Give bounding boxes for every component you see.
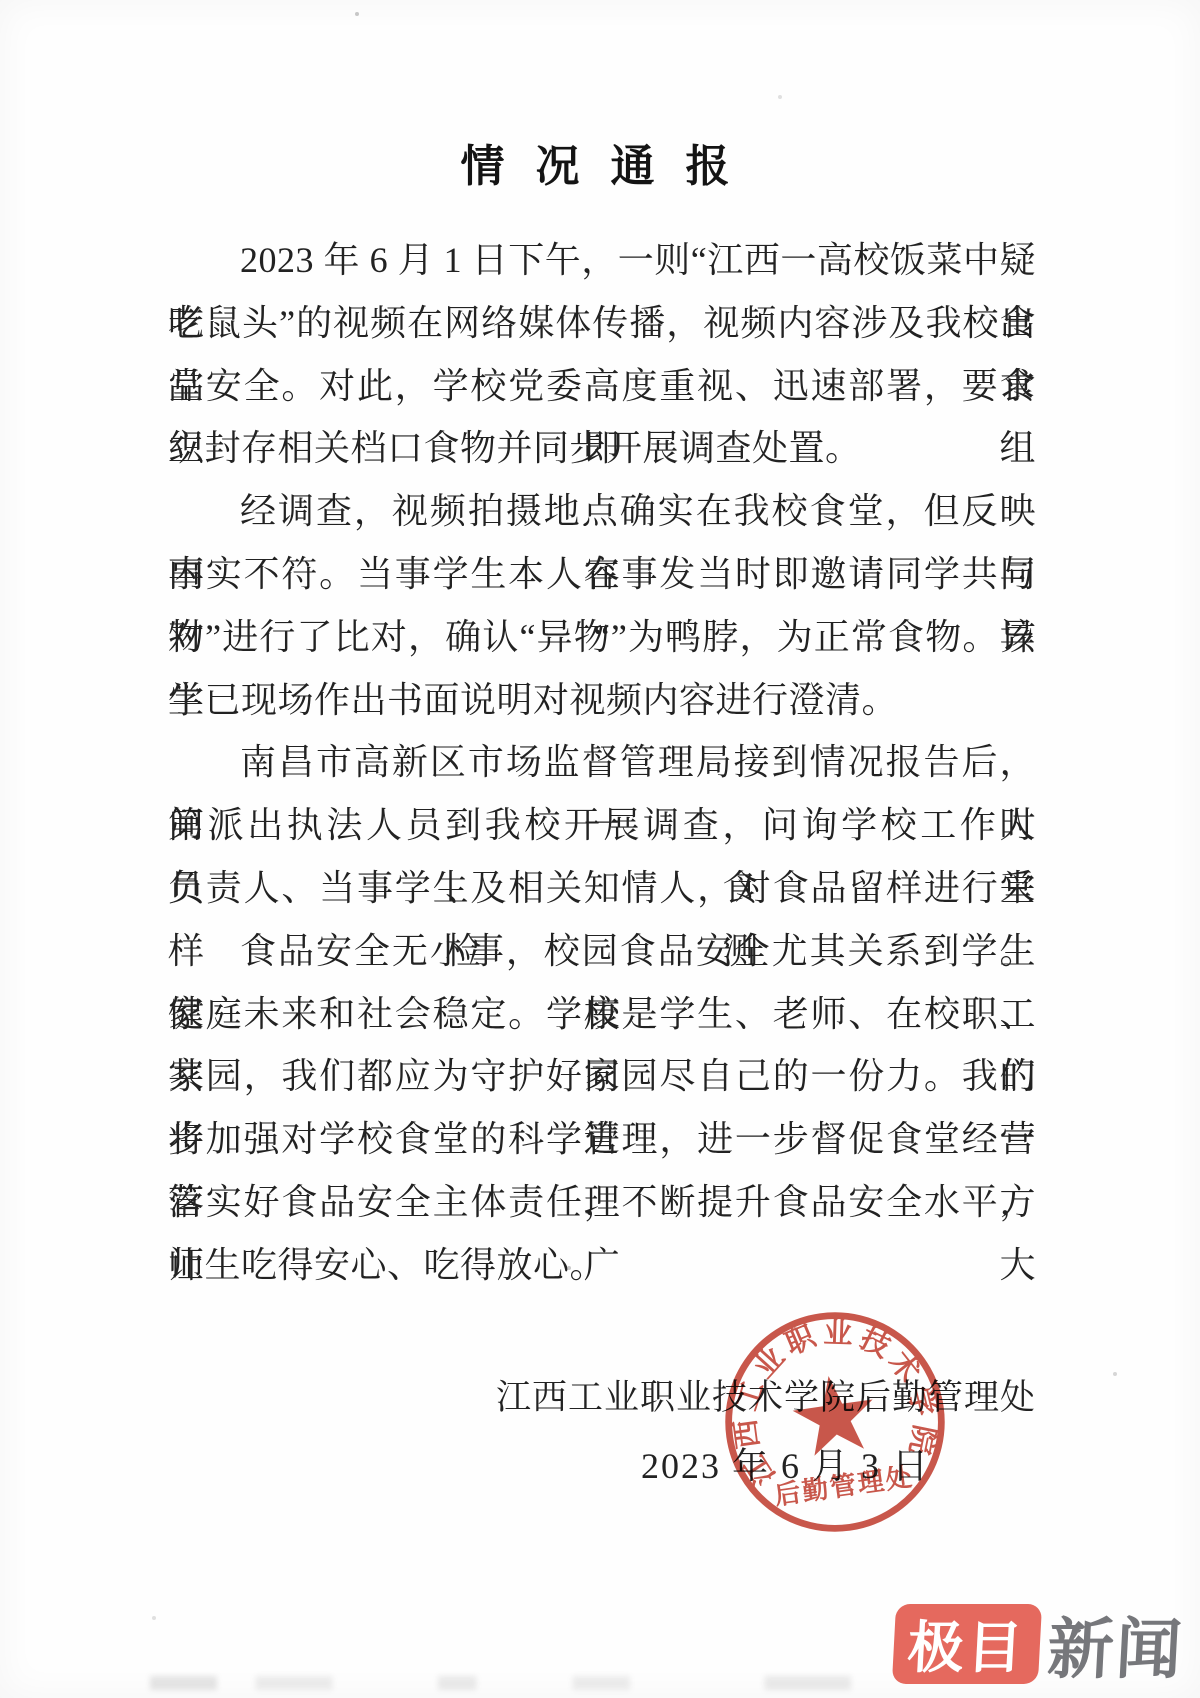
seal-star-icon [789, 1370, 880, 1457]
watermark-badge: 极目 [892, 1604, 1042, 1684]
scan-speck [567, 1266, 571, 1270]
text-line: 家庭未来和社会稳定。学校是学生、老师、在校职工共同的 [168, 983, 1036, 1046]
text-line: 事实不符。当事学生本人在事发当时即邀请同学共同对“异 [168, 543, 1036, 606]
page-title: 情 况 通 报 [0, 130, 1200, 194]
scan-speck [778, 95, 782, 99]
text-line: 生已现场作出书面说明对视频内容进行澄清。 [168, 669, 1036, 732]
text-line: 经调查，视频拍摄地点确实在我校食堂，但反映内容与 [168, 480, 1036, 543]
text-line: 食品安全无小事，校园食品安全尤其关系到学生健康、 [168, 920, 1036, 983]
scan-smudge [150, 1676, 1110, 1690]
text-line: 2023 年 6 月 1 日下午，一则“江西一高校饭菜中疑吃出 [168, 229, 1036, 292]
text-line: 南昌市高新区市场监督管理局接到情况报告后，第一时 [168, 731, 1036, 794]
scanned-notice-page: 情 况 通 报 2023 年 6 月 1 日下午，一则“江西一高校饭菜中疑吃出老… [0, 0, 1200, 1698]
text-line: 负责人、当事学生及相关知情人，对食品留样进行采样检测。 [168, 857, 1036, 920]
scan-speck [355, 12, 359, 16]
scan-speck [152, 1616, 156, 1620]
text-line: 物”进行了比对，确认“异物”为鸭脖，为正常食物。该学 [168, 606, 1036, 669]
seal-bottom-text: 后勤管理处 [773, 1461, 916, 1510]
paragraph: 食品安全无小事，校园食品安全尤其关系到学生健康、家庭未来和社会稳定。学校是学生、… [168, 920, 1036, 1297]
paragraph: 经调查，视频拍摄地点确实在我校食堂，但反映内容与事实不符。当事学生本人在事发当时… [168, 480, 1036, 731]
text-line: 家园，我们都应为守护好家园尽自己的一份力。我们将进一 [168, 1045, 1036, 1108]
text-line: 步加强对学校食堂的科学管理，进一步督促食堂经营管理方 [168, 1108, 1036, 1171]
paragraph: 2023 年 6 月 1 日下午，一则“江西一高校饭菜中疑吃出老鼠头”的视频在网… [168, 229, 1036, 480]
document-body: 2023 年 6 月 1 日下午，一则“江西一高校饭菜中疑吃出老鼠头”的视频在网… [168, 229, 1036, 1297]
text-line: 落实好食品安全主体责任，不断提升食品安全水平，让广大 [168, 1171, 1036, 1234]
official-seal: 江西工业职业技术学院 后勤管理处 [696, 1290, 974, 1554]
text-line: 间派出执法人员到我校开展调查，问询学校工作人员、食堂 [168, 794, 1036, 857]
paragraph: 南昌市高新区市场监督管理局接到情况报告后，第一时间派出执法人员到我校开展调查，问… [168, 731, 1036, 919]
scan-speck [1113, 1372, 1117, 1376]
text-line: 品安全。对此，学校党委高度重视、迅速部署，要求立即组 [168, 355, 1036, 418]
text-line: 老鼠头”的视频在网络媒体传播，视频内容涉及我校食堂食 [168, 292, 1036, 355]
